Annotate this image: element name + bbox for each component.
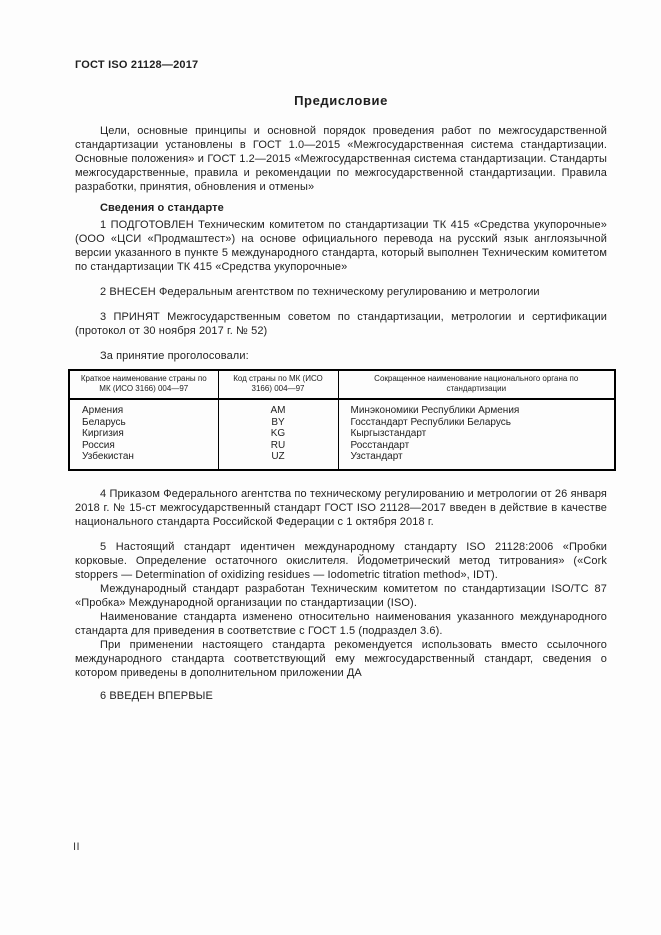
country-cell: Армения: [69, 399, 218, 417]
column-header-org: Сокращенное наименование национального о…: [338, 370, 615, 399]
code-cell: BY: [218, 417, 338, 429]
code-cell: KG: [218, 428, 338, 440]
item-1-prepared: 1 ПОДГОТОВЛЕН Техническим комитетом по с…: [75, 218, 607, 274]
standard-code: ГОСТ ISO 21128—2017: [75, 58, 607, 72]
item-4-order: 4 Приказом Федерального агентства по тех…: [75, 487, 607, 529]
code-cell: AM: [218, 399, 338, 417]
country-cell: Россия: [69, 440, 218, 452]
org-cell: Росстандарт: [338, 440, 615, 452]
org-cell: Минэкономики Республики Армения: [338, 399, 615, 417]
org-cell: Госстандарт Республики Беларусь: [338, 417, 615, 429]
item-5-title-changed: Наименование стандарта изменено относите…: [75, 610, 607, 638]
table-row: Россия RU Росстандарт: [69, 440, 615, 452]
column-header-code: Код страны по МК (ИСО 3166) 004—97: [218, 370, 338, 399]
code-cell: RU: [218, 440, 338, 452]
column-header-country: Краткое наименование страны по МК (ИСО 3…: [69, 370, 218, 399]
item-3-adopted: 3 ПРИНЯТ Межгосударственным советом по с…: [75, 310, 607, 338]
item-2-submitted: 2 ВНЕСЕН Федеральным агентством по техни…: [75, 285, 607, 299]
voting-countries-table: Краткое наименование страны по МК (ИСО 3…: [68, 369, 616, 471]
country-cell: Узбекистан: [69, 451, 218, 470]
item-6-first-introduced: 6 ВВЕДЕН ВПЕРВЫЕ: [75, 689, 607, 703]
table-header-row: Краткое наименование страны по МК (ИСО 3…: [69, 370, 615, 399]
table-row: Узбекистан UZ Узстандарт: [69, 451, 615, 470]
org-cell: Узстандарт: [338, 451, 615, 470]
item-5-developed-by: Международный стандарт разработан Технич…: [75, 582, 607, 610]
page-number: II: [73, 841, 80, 853]
table-row: Беларусь BY Госстандарт Республики Белар…: [69, 417, 615, 429]
country-cell: Киргизия: [69, 428, 218, 440]
code-cell: UZ: [218, 451, 338, 470]
page-title: Предисловие: [75, 93, 607, 108]
intro-paragraph: Цели, основные принципы и основной поряд…: [75, 124, 607, 194]
item-5-identical: 5 Настоящий стандарт идентичен междунаро…: [75, 540, 607, 582]
document-page: ГОСТ ISO 21128—2017 Предисловие Цели, ос…: [0, 0, 661, 935]
vote-intro-line: За принятие проголосовали:: [75, 349, 607, 363]
info-section-heading: Сведения о стандарте: [75, 201, 607, 215]
org-cell: Кыргызстандарт: [338, 428, 615, 440]
item-5-application-note: При применении настоящего стандарта реко…: [75, 638, 607, 680]
table-row: Армения AM Минэкономики Республики Армен…: [69, 399, 615, 417]
table-row: Киргизия KG Кыргызстандарт: [69, 428, 615, 440]
country-cell: Беларусь: [69, 417, 218, 429]
